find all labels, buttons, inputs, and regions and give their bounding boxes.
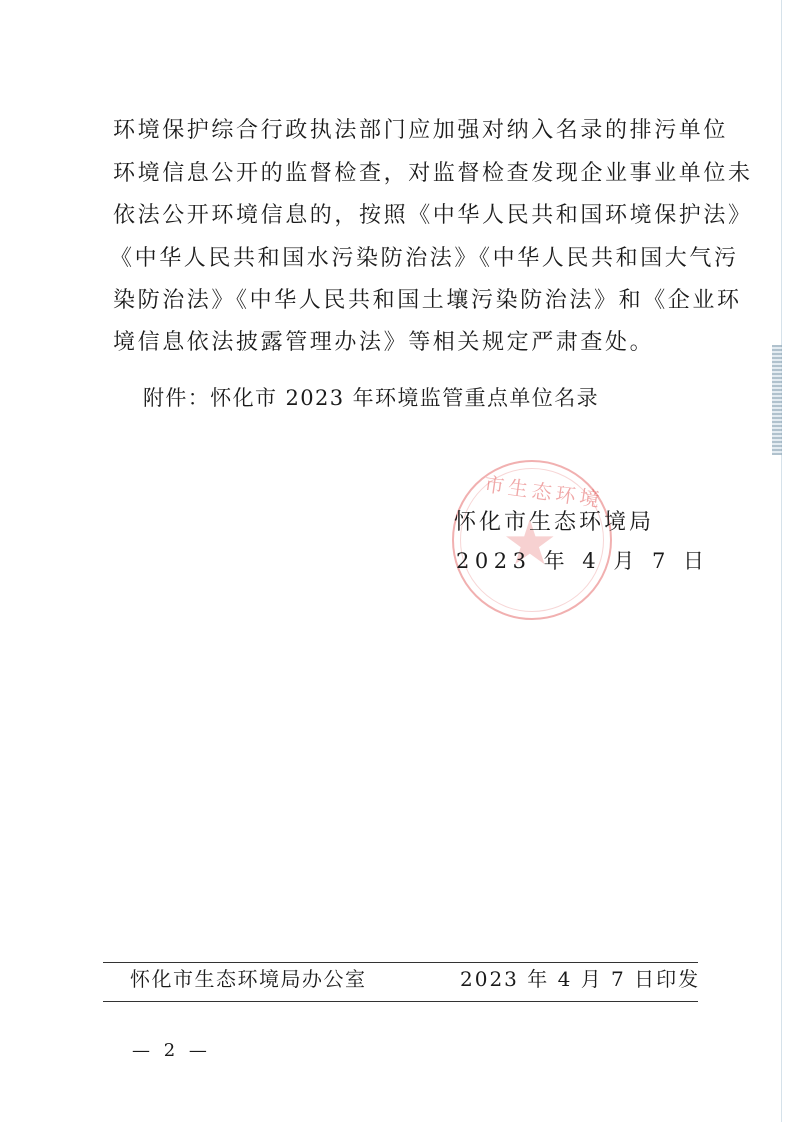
page-edge bbox=[781, 0, 782, 1122]
footer-issue-date: 2023 年 4 月 7 日印发 bbox=[460, 966, 700, 992]
footer-issuer: 怀化市生态环境局办公室 bbox=[130, 966, 367, 992]
footer-top-rule bbox=[103, 962, 698, 963]
body-line: 环境信息公开的监督检查，对监督检查发现企业事业单位未 bbox=[113, 160, 753, 188]
scan-edge-mark bbox=[772, 345, 782, 455]
footer-bottom-rule bbox=[103, 1001, 698, 1002]
body-line: 境信息依法披露管理办法》等相关规定严肃查处。 bbox=[113, 329, 654, 357]
official-seal: 市生态环境 ★ bbox=[452, 460, 612, 620]
body-line: 《中华人民共和国水污染防治法》《中华人民共和国大气污 bbox=[110, 245, 739, 273]
body-line: 环境保护综合行政执法部门应加强对纳入名录的排污单位 bbox=[113, 117, 728, 145]
page-number: — 2 — bbox=[132, 1040, 211, 1061]
signature-organization: 怀化市生态环境局 bbox=[454, 509, 654, 537]
body-line: 染防治法》《中华人民共和国土壤污染防治法》和《企业环 bbox=[113, 287, 742, 315]
attachment-line: 附件：怀化市 2023 年环境监管重点单位名录 bbox=[143, 384, 599, 412]
body-line: 依法公开环境信息的，按照《中华人民共和国环境保护法》 bbox=[113, 202, 753, 230]
signature-date: 2023 年 4 月 7 日 bbox=[456, 547, 710, 575]
